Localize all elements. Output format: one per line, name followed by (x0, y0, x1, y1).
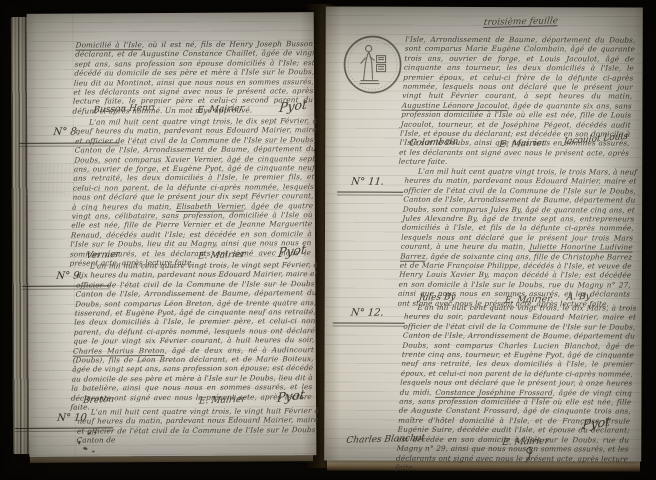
text-segment: L'an mil huit cent quatre vingt trois, l… (72, 116, 317, 211)
text-segment: l'Isle, Arrondissement de Baume, départe… (402, 35, 636, 101)
text-segment: L'an mil huit cent quatre vingt trois, l… (73, 260, 318, 346)
sheet-number-note: troisième feuille (483, 16, 558, 28)
signature-maire: E. Mairier (198, 395, 246, 407)
left-page: Domicilié à l'Isle, où il est né, fils d… (27, 12, 317, 457)
signature-declarant: Vernier (85, 250, 120, 261)
signature-witness: A. By (566, 292, 591, 303)
margin-rule (333, 322, 405, 326)
text-segment: Domicilié à l'Isle (75, 40, 142, 49)
register-scan: Domicilié à l'Isle, où il est né, fils d… (0, 0, 656, 480)
right-page: troisième feuille l'Isle, Arrondissement… (324, 6, 643, 461)
text-segment: Elisabeth Vernier (176, 201, 244, 210)
entry-10-text-start: L'an mil huit cent quatre vingt trois, l… (76, 406, 319, 445)
ink-flourish (522, 445, 536, 461)
signature-declarant: Jules By (418, 292, 456, 303)
margin-entry-number: N° 11. (351, 177, 385, 188)
margin-entry-number: N° 12. (350, 308, 384, 319)
signature-declarant: Breton (82, 395, 114, 406)
text-segment: L'an mil huit cent quatre vingt trois, l… (400, 303, 637, 397)
signature-declarant: Colombain (409, 137, 459, 149)
text-segment: Charles Marius Breton (73, 346, 165, 356)
margin-rule (337, 191, 403, 195)
text-segment: Augustine Léonore Jacoulot (402, 101, 509, 110)
signature-maire: E. Mairier (197, 104, 245, 116)
text-segment: Constance Joséphine Frossard (435, 387, 553, 396)
signature-maire: E. Mairier (499, 138, 547, 150)
entry-11-text: L'an mil huit cent quatre vingt trois, l… (397, 167, 637, 309)
text-segment: L'an mil huit cent quatre vingt trois, l… (401, 167, 638, 252)
ink-smudge (67, 429, 109, 455)
text-segment: L'an mil huit cent quatre vingt trois, l… (76, 406, 319, 445)
revenue-stamp-icon (341, 34, 403, 96)
